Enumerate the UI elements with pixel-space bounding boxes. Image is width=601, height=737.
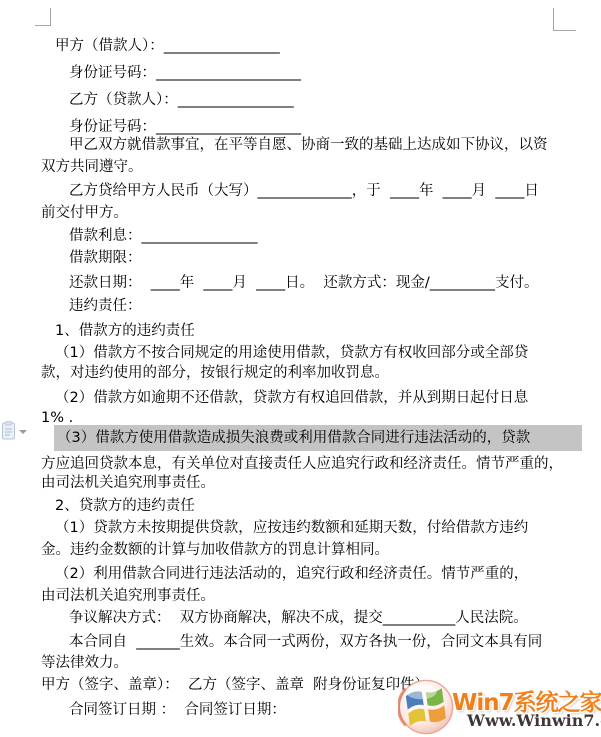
doc-line: 合同签订日期 ： 合同签订日期： xyxy=(69,702,286,718)
doc-line: 乙方贷给甲方人民币（大写）_____________，于 ____年 ____月… xyxy=(69,183,539,199)
doc-line: 双方共同遵守。 xyxy=(41,159,143,175)
doc-line: （1）贷款方未按期提供贷款，应按违约数额和延期天数，付给借款方违约 xyxy=(55,520,528,536)
doc-line: 借款期限： xyxy=(69,250,142,266)
dropdown-arrow-icon xyxy=(19,430,27,434)
doc-line: 金。违约金数额的计算与加收借款方的罚息计算相同。 xyxy=(41,542,389,558)
paste-options-button[interactable] xyxy=(1,420,31,444)
doc-line: 等法律效力。 xyxy=(41,655,128,671)
doc-line: 甲乙双方就借款事宜，在平等自愿、协商一致的基础上达成如下协议，以资 xyxy=(69,137,548,153)
doc-line: 还款日期： ____年 ____月 ____日。 还款方式：现金/_______… xyxy=(69,275,539,291)
doc-line: （1）借款方不按合同规定的用途使用借款，贷款方有权收回部分或全部贷 xyxy=(55,345,528,361)
doc-line: 身份证号码：____________________ xyxy=(69,119,301,135)
doc-line: 1% . xyxy=(41,410,73,426)
doc-line: 1、借款方的违约责任 xyxy=(55,323,195,339)
doc-line: 方应追回贷款本息，有关单位对直接责任人应追究行政和经济责任。情节严重的， xyxy=(41,456,563,472)
crop-mark-top-left xyxy=(35,8,51,26)
doc-line: 由司法机关追究刑事责任。 xyxy=(41,588,215,604)
doc-line: 款，对违约使用的部分，按银行规定的利率加收罚息。 xyxy=(41,365,389,381)
doc-line: 乙方（贷款人）：________________ xyxy=(69,92,294,108)
highlighted-text-band: （3）借款方使用借款造成损失浪费或利用借款合同进行违法活动的，贷款 xyxy=(54,425,582,451)
doc-line: 由司法机关追究刑事责任。 xyxy=(41,475,215,491)
doc-line-highlighted: （3）借款方使用借款造成损失浪费或利用借款合同进行违法活动的，贷款 xyxy=(54,425,582,451)
doc-line: 甲方（借款人）：________________ xyxy=(55,38,280,54)
doc-line: 本合同自 ______生效。本合同一式两份，双方各执一份，合同文本具有同 xyxy=(69,634,542,650)
doc-line: 2、贷款方的违约责任 xyxy=(55,498,195,514)
crop-mark-top-right xyxy=(553,8,576,31)
doc-line: 争议解决方式： 双方协商解决，解决不成，提交__________人民法院。 xyxy=(69,610,528,626)
site-watermark: Win7系统之家 Www.Winwin7.com xyxy=(396,676,601,737)
clipboard-icon xyxy=(1,420,31,444)
doc-line: 借款利息：________________ xyxy=(69,228,258,244)
doc-line: 身份证号码：____________________ xyxy=(69,65,301,81)
doc-line: （2）借款方如逾期不还借款，贷款方有权追回借款，并从到期日起付日息 xyxy=(55,390,528,406)
doc-line: 甲方（签字、盖章）： 乙方（签字、盖章 附身份证复印件）： xyxy=(41,677,436,693)
watermark-site-url: Www.Winwin7.com xyxy=(467,711,601,730)
windows-logo-icon xyxy=(398,678,456,736)
doc-line: 前交付甲方。 xyxy=(41,205,128,221)
doc-line: （2）利用借款合同进行违法活动的，追究行政和经济责任。情节严重的， xyxy=(55,566,528,582)
doc-line: 违约责任： xyxy=(69,298,142,314)
